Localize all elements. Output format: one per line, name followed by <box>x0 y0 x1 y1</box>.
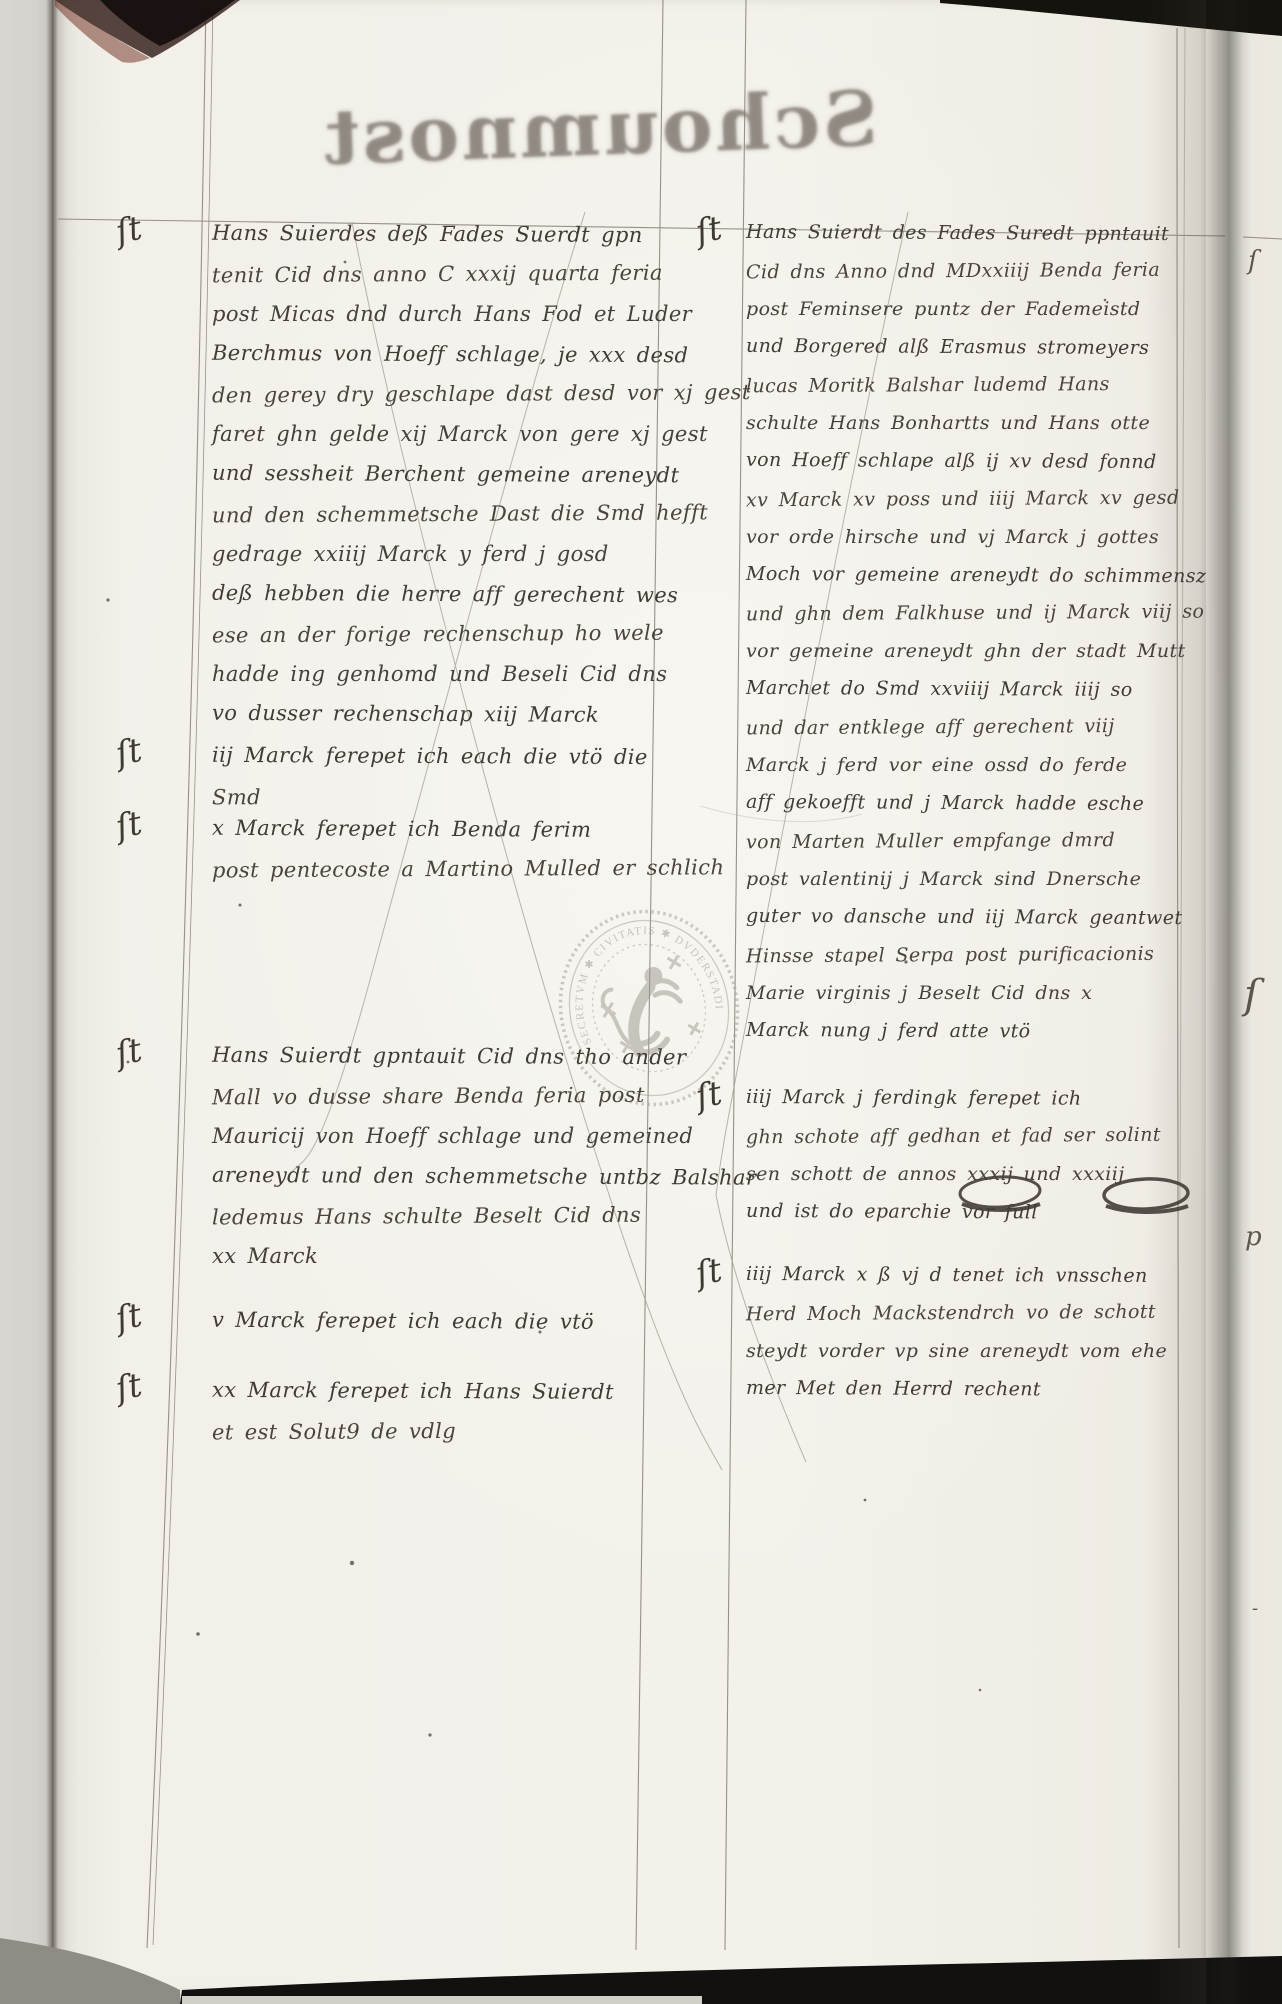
entry-line: vor orde hirsche und vj Marck j gottes <box>746 518 1176 556</box>
underpage-fragment: - <box>1252 1598 1258 1619</box>
entry-line: Berchmus von Hoeff schlage, je xxx desd <box>212 333 672 375</box>
entry-line: und dar entklege aff gerechent viij <box>746 707 1176 748</box>
entry-line: Hans Suierdt des Fades Suredt ppntauit <box>746 213 1176 253</box>
entry-line: und ghn dem Falkhuse und ij Marck viij s… <box>746 593 1176 634</box>
entry-line: deß hebben die herre aff gerechent wes <box>212 573 672 615</box>
entry-line: Marck j ferd vor eine ossd do ferde <box>746 746 1176 784</box>
entry-line: von Hoeff schlape alß ij xv desd fonnd <box>746 441 1176 481</box>
entry-line: ghn schote aff gedhan et fad ser solint <box>746 1116 1176 1157</box>
entry-line: und ist do eparchie vor full <box>746 1192 1176 1232</box>
entry-line: xx Marck <box>212 1236 672 1276</box>
bottom-left-page-curl <box>0 1938 180 2004</box>
manuscript-entry: ſt x Marck ferepet ich Benda ferimpost p… <box>212 809 672 889</box>
manuscript-entry: ſt v Marck ferepet ich each die vtö <box>212 1301 672 1341</box>
gutter-shadow <box>1200 0 1252 2004</box>
entry-line: lucas Moritk Balshar ludemd Hans <box>746 365 1176 406</box>
manuscript-entry: ſt Hans Suierdes deß Fades Suerdt gpnten… <box>212 214 672 734</box>
entry-line: iiij Marck x ß vj d tenet ich vnsschen <box>746 1255 1176 1295</box>
entry-line: von Marten Muller empfange dmrd <box>746 821 1176 862</box>
entry-line: tenit Cid dns anno C xxxij quarta feria <box>212 253 672 296</box>
entry-line: Hans Suierdt gpntauit Cid dns tho ander <box>212 1035 672 1077</box>
entry-line: Mall vo dusse share Benda feria post <box>212 1075 672 1118</box>
entry-line: und Borgered alß Erasmus stromeyers <box>746 327 1176 367</box>
entry-line: guter vo dansche und iij Marck geantwet <box>746 897 1176 937</box>
entry-line: vo dusser rechenschap xiij Marck <box>212 693 672 735</box>
manuscript-entry: ſt iiij Marck x ß vj d tenet ich vnssche… <box>746 1256 1176 1408</box>
entry-line: Mauricij von Hoeff schlage und gemeined <box>212 1116 672 1156</box>
manuscript-entry: ſt iiij Marck j ferdingk ferepet ichghn … <box>746 1079 1176 1231</box>
left-margin-rule <box>147 0 206 1948</box>
entry-line: schulte Hans Bonhartts und Hans otte <box>746 404 1176 442</box>
entry-line: x Marck ferepet ich Benda ferim <box>212 808 672 850</box>
entry-line: den gerey dry geschlape dast desd vor xj… <box>212 373 672 416</box>
entry-line: hadde ing genhomd und Beseli Cid dns <box>212 654 672 694</box>
entry-line: Moch vor gemeine areneydt do schimmensz <box>746 555 1176 595</box>
entry-line: faret ghn gelde xij Marck von gere xj ge… <box>212 414 672 454</box>
entry-line: iij Marck ferepet ich each die vtö die <box>212 735 672 777</box>
entry-line: post pentecoste a Martino Mulled er schl… <box>212 848 672 891</box>
entry-line: sen schott de annos xxxij und xxxiij <box>746 1155 1176 1193</box>
entry-line: Hinsse stapel Serpa post purificacionis <box>746 935 1176 976</box>
center-right-rule <box>725 0 746 1950</box>
entry-line: Marck nung j ferd atte vtö <box>746 1011 1176 1051</box>
entry-line: aff gekoefft und j Marck hadde esche <box>746 783 1176 823</box>
manuscript-entry: ſt Hans Suierdt gpntauit Cid dns tho and… <box>212 1036 672 1276</box>
entry-line: post Feminsere puntz der Fademeistd <box>746 290 1176 328</box>
entry-line: xv Marck xv poss und iiij Marck xv gesd <box>746 479 1176 520</box>
entry-line: mer Met den Herrd rechent <box>746 1369 1176 1409</box>
entry-line: Herd Moch Mackstendrch vo de schott <box>746 1293 1176 1334</box>
entry-line: post Micas dnd durch Hans Fod et Luder <box>212 294 672 334</box>
entry-line: iiij Marck j ferdingk ferepet ich <box>746 1078 1176 1118</box>
entry-line: und sessheit Berchent gemeine areneydt <box>212 453 672 495</box>
manuscript-entry: ſt xx Marck ferepet ich Hans Suierdtet e… <box>212 1371 672 1451</box>
seal-legend: SECRETVM ✱ CIVITATIS ✱ DVDERSTADIENSIS <box>556 909 727 1047</box>
page-fold-shade <box>1146 0 1206 2004</box>
entry-line: et est Solut9 de vdlg <box>212 1410 672 1453</box>
manuscript-scan: Schoumnost SECRETVM <box>0 0 1282 2004</box>
entry-line: xx Marck ferepet ich Hans Suierdt <box>212 1370 672 1412</box>
entry-line: vor gemeine areneydt ghn der stadt Mutt <box>746 632 1176 670</box>
entry-line: Cid dns Anno dnd MDxxiiij Benda feria <box>746 251 1176 292</box>
manuscript-entry: ſt iij Marck ferepet ich each die vtö di… <box>212 736 672 816</box>
entry-line: und den schemmetsche Dast die Smd hefft <box>212 493 672 536</box>
entry-line: gedrage xxiiij Marck y ferd j gosd <box>212 534 672 574</box>
entry-line: v Marck ferepet ich each die vtö <box>212 1300 672 1342</box>
entry-line: steydt vorder vp sine areneydt vom ehe <box>746 1332 1176 1370</box>
entry-line: Marchet do Smd xxviiij Marck iiij so <box>746 669 1176 709</box>
manuscript-entry: ſt Hans Suierdt des Fades Suredt ppntaui… <box>746 214 1176 1050</box>
entry-line: areneydt und den schemmetsche untbz Bals… <box>212 1155 672 1197</box>
entry-line: Hans Suierdes deß Fades Suerdt gpn <box>212 213 672 255</box>
entry-line: Marie virginis j Beselt Cid dns x <box>746 974 1176 1012</box>
entry-line: ledemus Hans schulte Beselt Cid dns <box>212 1195 672 1238</box>
entry-line: ese an der forige rechenschup ho wele <box>212 613 672 656</box>
entry-line: post valentinij j Marck sind Dnersche <box>746 860 1176 898</box>
